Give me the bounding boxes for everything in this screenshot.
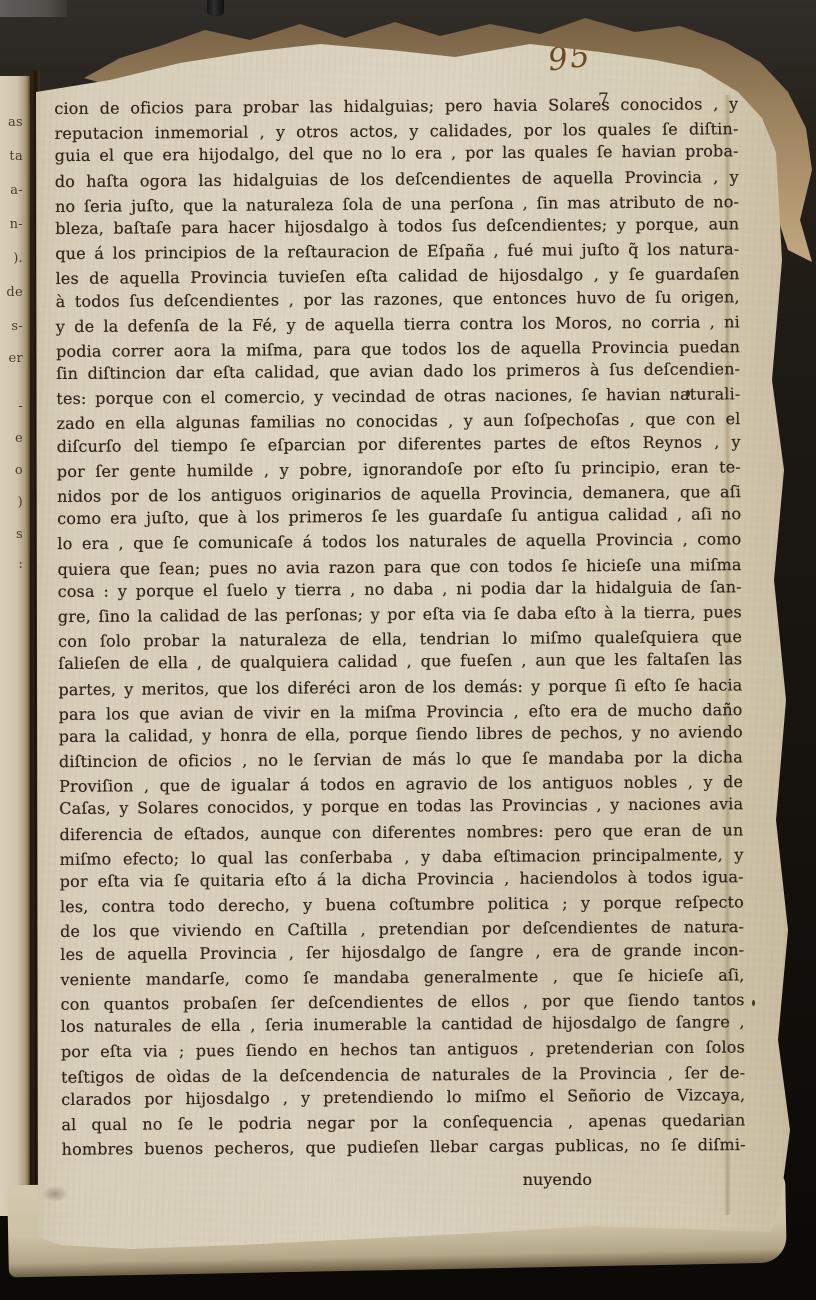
text-line: tes: porque con el comercio, y vecindad … — [56, 385, 740, 414]
text-line: por ſer gente humilde , y pobre, ignoran… — [57, 457, 741, 486]
text-line: clarados por hijosdalgo , y pretendiendo… — [61, 1085, 745, 1114]
text-line: como era juſto, que à los primeros ſe le… — [57, 504, 741, 533]
adjacent-page-text-fragment: - — [18, 400, 23, 413]
text-line: que á los principios de la reſtauracion … — [55, 239, 739, 268]
text-line: hombres buenos pecheros, que pudieſen ll… — [62, 1135, 746, 1164]
adjacent-page-text-fragment: s- — [11, 320, 23, 333]
text-line: guia el que era hijodalgo, del que no lo… — [55, 142, 739, 171]
text-line: para la calidad, y honra de ella, porque… — [59, 722, 743, 751]
text-line: los naturales de ella , ſeria inumerable… — [61, 1012, 745, 1041]
text-line: y de la defenſa de la Fé, y de aquella t… — [56, 312, 740, 341]
faint-smudge — [42, 1186, 68, 1202]
text-line: diſcurſo del tiempo ſe eſparcian por dif… — [57, 432, 741, 461]
adjacent-page-text-fragment: e — [15, 432, 23, 445]
background-shelf-strip — [0, 0, 67, 17]
text-line: à todos ſus deſcendientes , por las razo… — [56, 287, 740, 316]
clamp-rod — [207, 0, 224, 16]
text-line: bleza, baſtaſe para hacer hijosdalgo à t… — [55, 214, 739, 243]
text-line: cosa : y porque el ſuelo y tierra , no d… — [58, 577, 742, 606]
text-line: les de aquella Provincia , ſer hijosdalg… — [60, 940, 744, 969]
adjacent-page-text-fragment: er — [8, 352, 23, 365]
book-page: 95 7 cion de oficios para probar las hid… — [0, 0, 816, 1300]
adjacent-page-text-fragment: ). — [13, 252, 23, 265]
photo-of-book-page: astaa-n-).des-er-eo)s: 95 7 cion de ofic… — [0, 0, 816, 1300]
text-line: cion de oficios para probar las hidalgui… — [54, 94, 738, 123]
text-line: partes, y meritos, que los diferéci aron… — [58, 675, 742, 704]
text-line: ſin diſtincion dar eſta calidad, que avi… — [56, 359, 740, 388]
adjacent-page-text-fragment: o — [15, 464, 23, 477]
text-line: lo era , que ſe comunicaſe á todos los n… — [57, 530, 741, 559]
adjacent-page-text-fragment: as — [8, 116, 23, 129]
adjacent-page-text-fragment: : — [18, 558, 23, 571]
adjacent-page-text-fragment: n- — [10, 218, 23, 231]
text-line: ſalieſen de ella , de qualquiera calidad… — [58, 650, 742, 679]
ink-speck — [752, 1000, 755, 1006]
text-line: por eſta via ſe quitaria eſto á la dicha… — [60, 867, 744, 896]
adjacent-page-text-fragment: a- — [10, 184, 23, 197]
text-block: cion de oficios para probar las hidalgui… — [54, 94, 745, 1163]
catchword: nuyendo — [58, 1170, 742, 1189]
adjacent-page-text-fragment: ta — [9, 150, 23, 163]
adjacent-page-text-fragment: ) — [18, 496, 23, 509]
ink-speck — [686, 390, 690, 397]
adjacent-page-edge: astaa-n-).des-er-eo)s: — [0, 76, 30, 1216]
text-line: Caſas, y Solares conocidos, y porque en … — [59, 795, 743, 824]
text-line: do haſta ogora las hidalguias de los deſ… — [55, 167, 739, 196]
adjacent-page-text-fragment: de — [6, 286, 23, 299]
text-line: gre, ſino la calidad de las perſonas; y … — [58, 602, 742, 631]
adjacent-page-text-fragment: s — [16, 528, 23, 541]
